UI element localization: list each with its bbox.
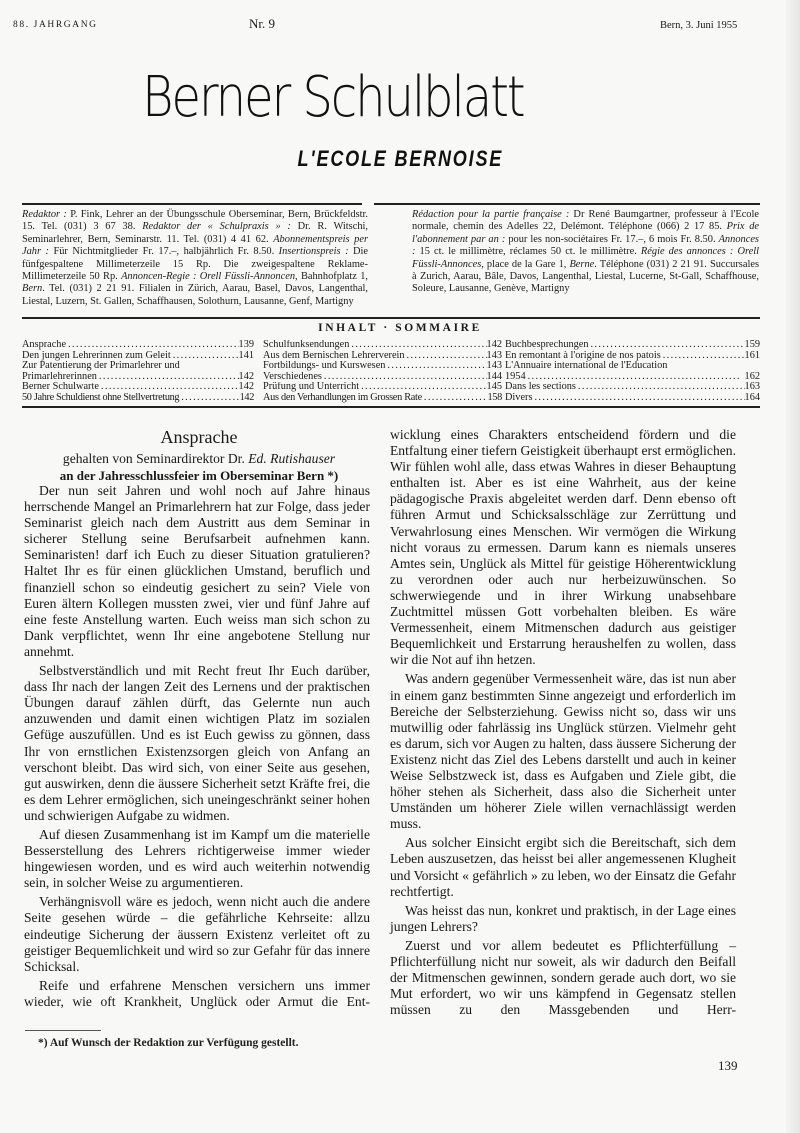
issue-header: 88. JAHRGANG Nr. 9 [13, 16, 483, 32]
article-paragraph: Zuerst und vor allem bedeutet es Pflicht… [390, 938, 736, 1018]
article-occasion: an der Jahresschlussfeier im Oberseminar… [0, 468, 398, 484]
article-author: Ed. Rutishauser [248, 451, 335, 466]
volume-label: 88. JAHRGANG [13, 20, 98, 30]
divider-rule [374, 203, 760, 205]
divider-rule [22, 317, 760, 319]
article-paragraph: Selbstverständlich und mit Recht freut I… [24, 663, 370, 824]
toc-entry[interactable]: Primarlehrerinnen142 [22, 372, 254, 383]
toc-entry[interactable]: Prüfung und Unterricht145 [263, 382, 502, 393]
toc-entry[interactable]: 1954162 [505, 372, 760, 383]
imprint-french: Rédaction pour la partie française : Dr … [412, 209, 759, 296]
toc-entry[interactable]: Ansprache139 [22, 340, 254, 351]
masthead-subtitle: L'ECOLE BERNOISE [0, 146, 800, 172]
toc-entry[interactable]: Buchbesprechungen159 [505, 340, 760, 351]
toc-entry[interactable]: En remontant à l'origine de nos patois16… [505, 351, 760, 362]
issue-number: Nr. 9 [249, 16, 275, 32]
article-paragraph: Verhängnisvoll wäre es jedoch, wenn nich… [24, 894, 370, 974]
toc-entry[interactable]: Zur Patentierung der Primarlehrer und [22, 361, 254, 372]
article-paragraph: Der nun seit Jahren und wohl noch auf Ja… [24, 483, 370, 660]
divider-rule [22, 406, 760, 408]
contents-column-3: Buchbesprechungen159 En remontant à l'or… [505, 340, 760, 404]
contents-column-2: Schulfunksendungen142 Aus dem Bernischen… [263, 340, 502, 404]
article-paragraph: Reife und erfahrene Menschen versichern … [24, 978, 370, 1010]
article-column-left: Der nun seit Jahren und wohl noch auf Ja… [24, 483, 370, 1013]
article-paragraph: wicklung eines Charakters entscheidend f… [390, 427, 736, 668]
article-title: Ansprache [0, 427, 398, 448]
toc-entry[interactable]: Fortbildungs- und Kurswesen143 [263, 361, 502, 372]
article-byline: gehalten von Seminardirektor Dr. Ed. Rut… [0, 451, 398, 467]
article-column-right: wicklung eines Charakters entscheidend f… [390, 427, 736, 1021]
divider-rule [22, 203, 362, 205]
toc-entry[interactable]: Aus dem Bernischen Lehrerverein143 [263, 351, 502, 362]
imprint-german: Redaktor : P. Fink, Lehrer an der Übungs… [22, 209, 368, 308]
toc-entry[interactable]: Den jungen Lehrerinnen zum Geleit141 [22, 351, 254, 362]
article-paragraph: Aus solcher Einsicht ergibt sich die Ber… [390, 835, 736, 899]
toc-entry[interactable]: Divers164 [505, 393, 760, 404]
page-number: 139 [718, 1058, 738, 1074]
toc-entry[interactable]: Verschiedenes144 [263, 372, 502, 383]
article-paragraph: Was heisst das nun, konkret und praktisc… [390, 903, 736, 935]
newspaper-page: 88. JAHRGANG Nr. 9 Bern, 3. Juni 1955 Be… [0, 0, 800, 1133]
issue-date: Bern, 3. Juni 1955 [660, 20, 737, 31]
contents-heading: INHALT · SOMMAIRE [0, 322, 800, 334]
footnote: *) Auf Wunsch der Redaktion zur Verfügun… [38, 1037, 299, 1049]
contents-column-1: Ansprache139 Den jungen Lehrerinnen zum … [22, 340, 254, 404]
footnote-rule [25, 1030, 101, 1031]
toc-entry[interactable]: 50 Jahre Schuldienst ohne Stellvertretun… [22, 393, 254, 404]
toc-entry[interactable]: Dans les sections163 [505, 382, 760, 393]
toc-entry[interactable]: L'Annuaire international de l'Education [505, 361, 760, 372]
masthead-title: Berner Schulblatt [142, 68, 548, 128]
toc-entry[interactable]: Aus den Verhandlungen im Grossen Rate158 [263, 393, 502, 404]
article-paragraph: Was andern gegenüber Vermessenheit wäre,… [390, 671, 736, 832]
toc-entry[interactable]: Schulfunksendungen142 [263, 340, 502, 351]
toc-entry[interactable]: Berner Schulwarte142 [22, 382, 254, 393]
article-paragraph: Auf diesen Zusammenhang ist im Kampf um … [24, 827, 370, 891]
